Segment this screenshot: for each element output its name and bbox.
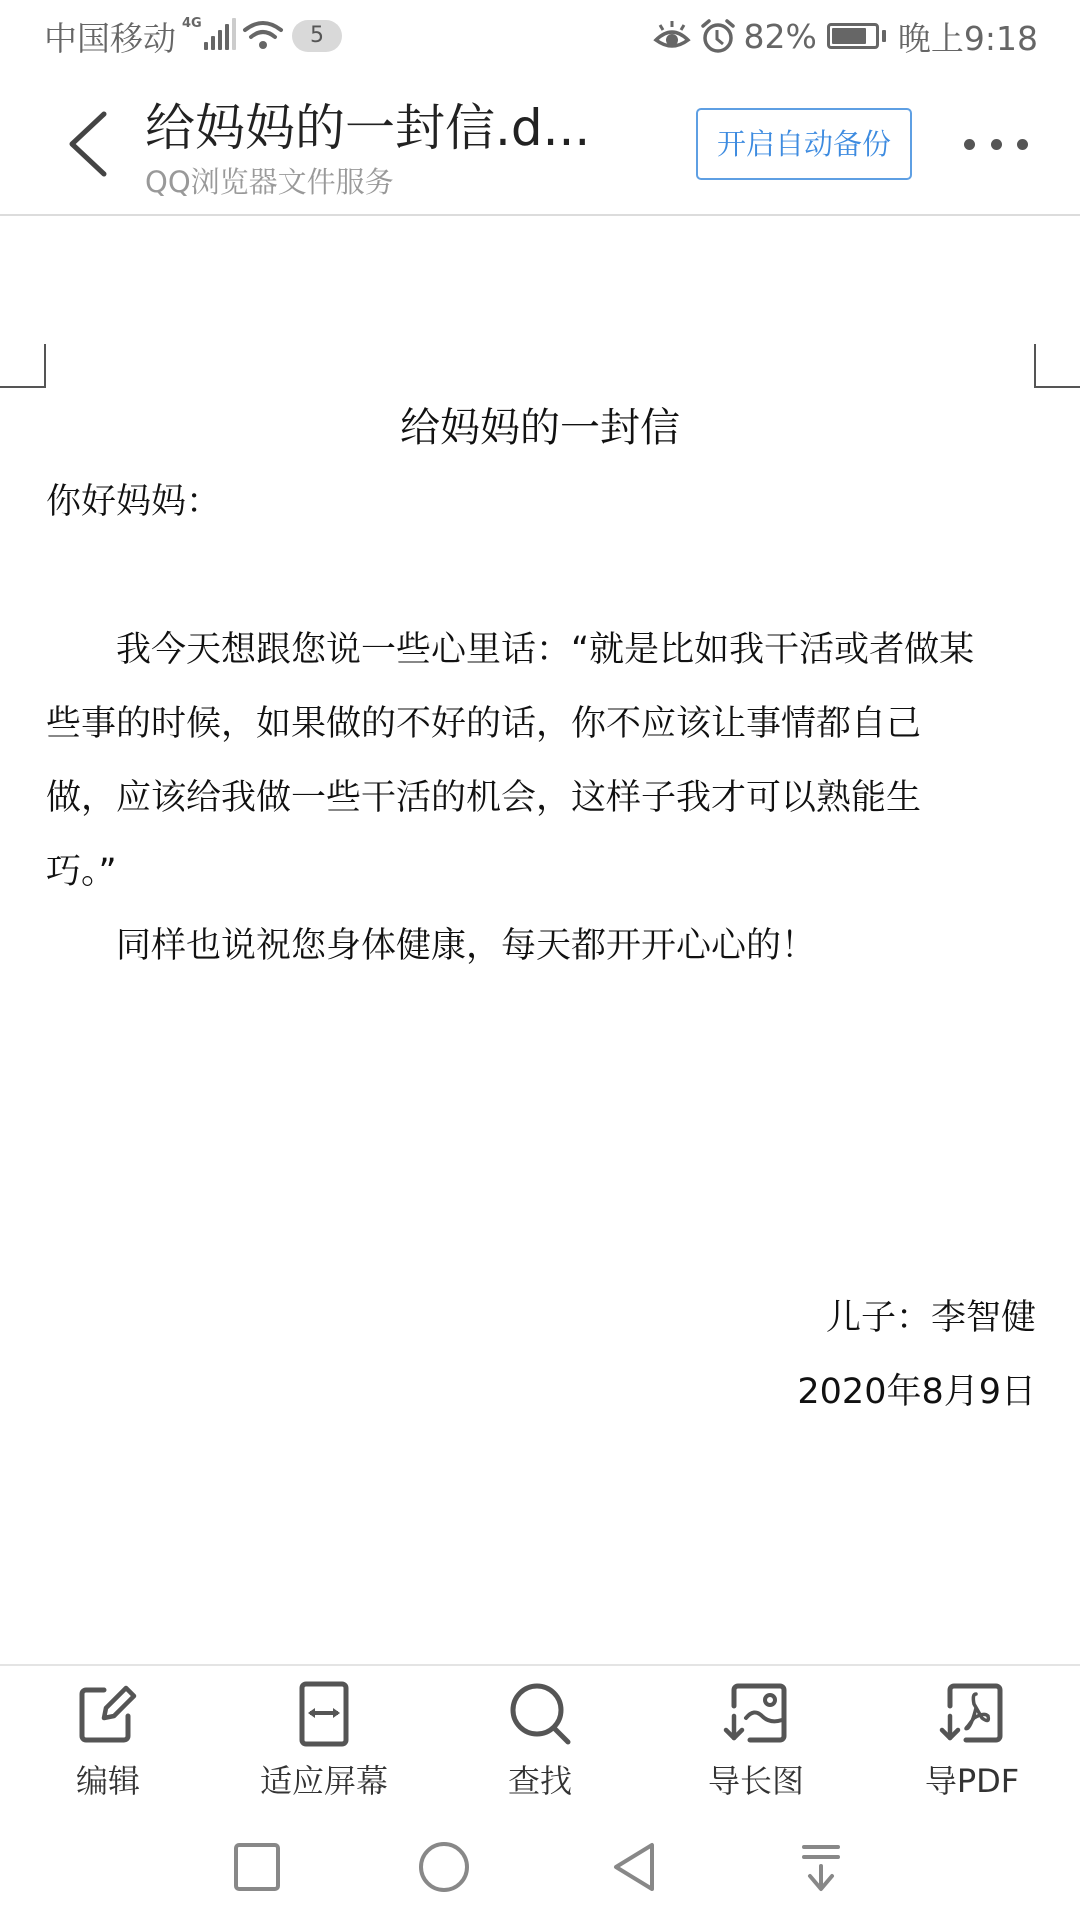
recent-apps-icon[interactable] <box>226 1842 286 1892</box>
export-pdf-label: 导PDF <box>925 1756 1019 1802</box>
export-image-icon <box>722 1680 790 1748</box>
letter-body-line: 些事的时候，如果做的不好的话，你不应该让事情都自己 <box>46 696 921 746</box>
letter-body-line: 巧。” <box>46 844 117 894</box>
notification-count-badge: 5 <box>292 20 342 52</box>
back-icon[interactable] <box>604 1842 664 1892</box>
carrier-name: 中国移动 <box>44 13 176 60</box>
signal-icon: 4G <box>182 18 238 54</box>
source-subtitle: QQ浏览器文件服务 <box>145 160 394 201</box>
fit-screen-icon <box>290 1680 358 1748</box>
export-long-image-label: 导长图 <box>708 1756 804 1802</box>
system-navigation-bar <box>0 1812 1080 1920</box>
home-icon[interactable] <box>414 1842 474 1892</box>
edit-button[interactable]: 编辑 <box>0 1666 216 1812</box>
search-button[interactable]: 查找 <box>432 1666 648 1812</box>
back-arrow-icon[interactable] <box>58 104 118 184</box>
letter-body-line: 同样也说祝您身体健康，每天都开开心心的！ <box>46 918 816 968</box>
fit-screen-label: 适应屏幕 <box>260 1756 388 1802</box>
letter-body-line: 做，应该给我做一些干活的机会，这样子我才可以熟能生 <box>46 770 921 820</box>
clock: 晚上9:18 <box>898 13 1038 60</box>
search-label: 查找 <box>508 1756 572 1802</box>
status-bar: 中国移动 4G 5 82% 晚上9:18 <box>0 0 1080 72</box>
app-header: 给妈妈的一封信.d... QQ浏览器文件服务 开启自动备份 <box>0 72 1080 216</box>
battery-percent: 82% <box>744 17 817 56</box>
alarm-icon <box>698 18 738 54</box>
edit-icon <box>74 1680 142 1748</box>
notification-drawer-icon[interactable] <box>792 1842 852 1892</box>
eye-comfort-icon <box>652 18 692 54</box>
edit-label: 编辑 <box>76 1756 140 1802</box>
letter-body-line: 我今天想跟您说一些心里话：“就是比如我干活或者做某 <box>46 622 974 672</box>
bottom-toolbar: 编辑 适应屏幕 查找 导长图 <box>0 1664 1080 1812</box>
search-icon <box>506 1680 574 1748</box>
export-long-image-button[interactable]: 导长图 <box>648 1666 864 1812</box>
fit-screen-button[interactable]: 适应屏幕 <box>216 1666 432 1812</box>
export-pdf-icon <box>938 1680 1006 1748</box>
wifi-icon <box>242 18 284 54</box>
letter-title: 给妈妈的一封信 <box>0 396 1080 453</box>
letter-greeting: 你好妈妈： <box>46 474 221 524</box>
page-margin-mark-left <box>0 344 46 388</box>
document-viewer[interactable]: 给妈妈的一封信 你好妈妈： 我今天想跟您说一些心里话：“就是比如我干活或者做某 … <box>0 218 1080 1664</box>
battery-icon <box>827 23 886 49</box>
export-pdf-button[interactable]: 导PDF <box>864 1666 1080 1812</box>
letter-signature: 儿子：李智健 <box>826 1290 1036 1340</box>
document-title: 给妈妈的一封信.d... <box>145 88 615 160</box>
more-options-icon[interactable] <box>964 126 1028 162</box>
page-margin-mark-right <box>1034 344 1080 388</box>
auto-backup-button[interactable]: 开启自动备份 <box>696 108 912 180</box>
letter-date: 2020年8月9日 <box>797 1364 1036 1414</box>
